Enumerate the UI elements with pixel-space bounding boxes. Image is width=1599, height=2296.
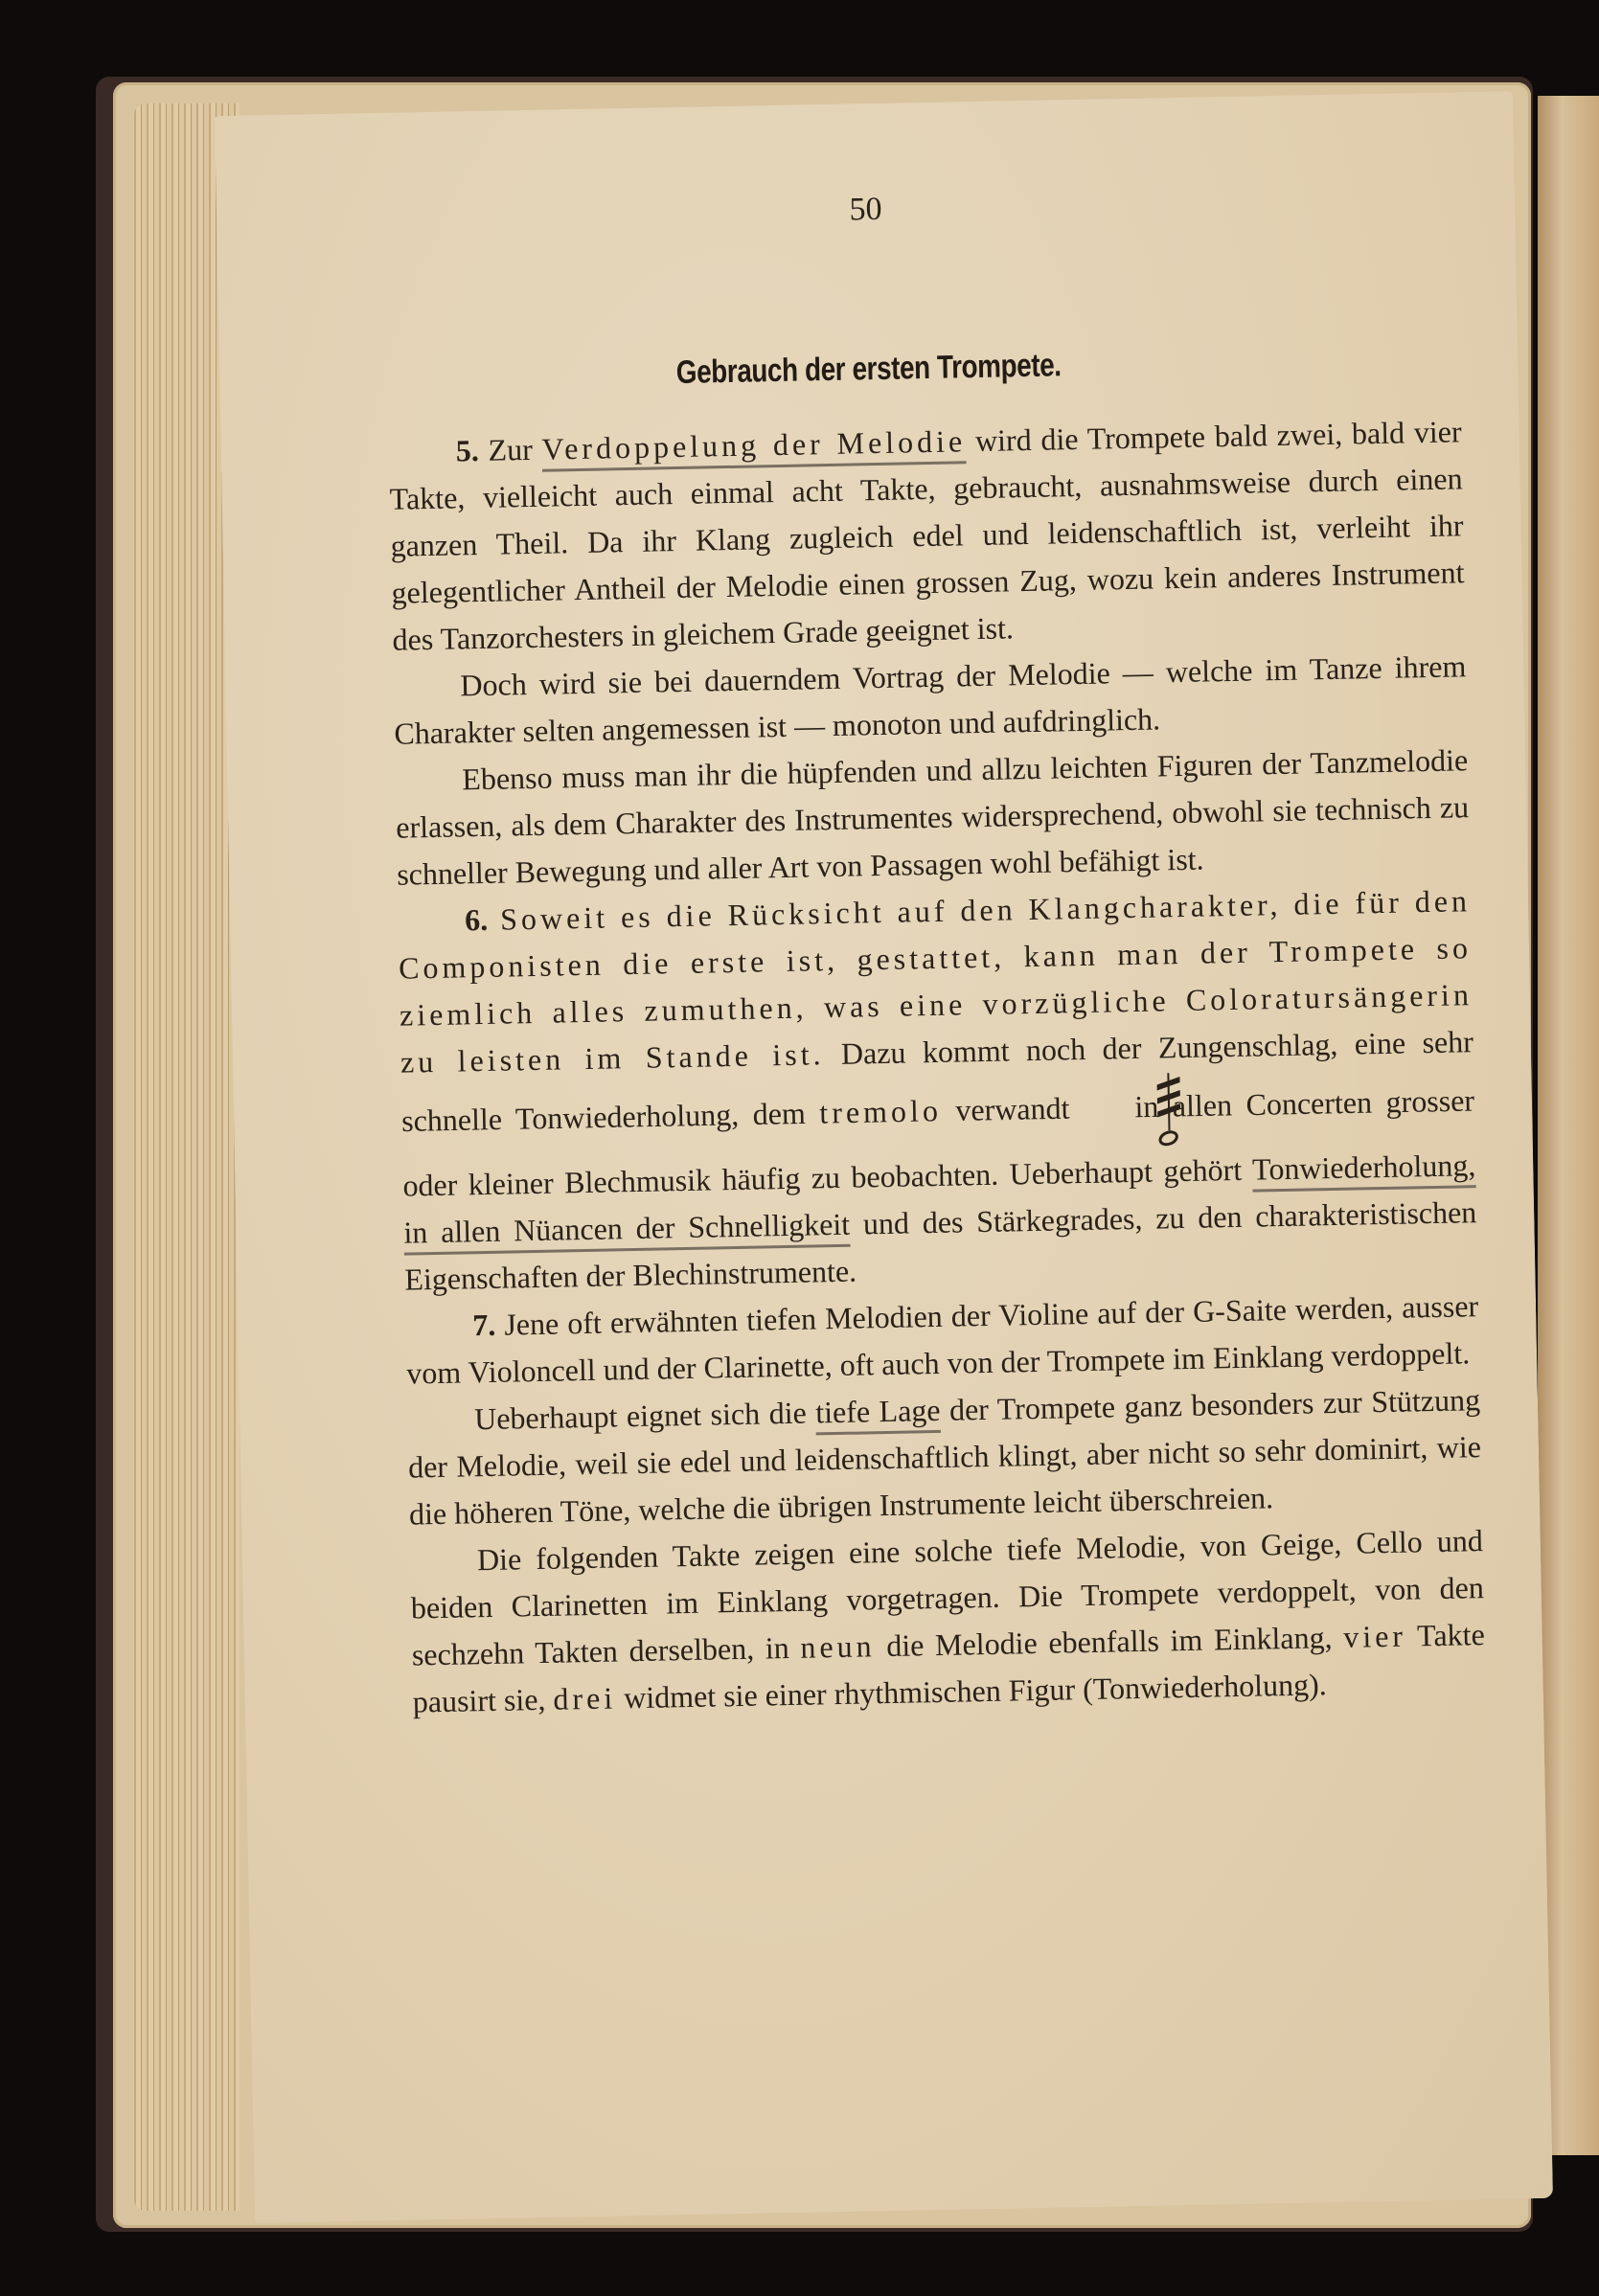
paragraph-7c: Die folgenden Takte zeigen eine solche t… <box>410 1517 1487 1725</box>
text: vier <box>1343 1619 1406 1654</box>
book-page: 50 Gebrauch der ersten Trompete. 5. Zur … <box>215 91 1553 2223</box>
paragraph-6: 6. Soweit es die Rücksicht auf den Klang… <box>398 877 1478 1303</box>
text: drei <box>553 1680 616 1716</box>
pencil-underline: Verdoppelung der Melodie <box>541 423 966 466</box>
text: tremolo <box>819 1093 942 1129</box>
pencil-underline: tiefe Lage <box>815 1393 941 1429</box>
text: Ueberhaupt eignet sich die <box>474 1395 816 1436</box>
text: Jene oft erwähnten tiefen Melodien der V… <box>406 1288 1479 1390</box>
text: verwandt <box>942 1091 1070 1128</box>
paragraph-7b: Ueberhaupt eignet sich die tiefe Lage de… <box>407 1376 1483 1537</box>
paragraph-5: 5. Zur Verdoppelung der Melodie wird die… <box>388 408 1465 663</box>
text: widmet sie einer rhythmischen Figur (Ton… <box>616 1667 1327 1715</box>
paragraph-number: 5. <box>455 433 479 467</box>
paragraph-5c: Ebenso muss man ihr die hüpfenden und al… <box>395 737 1471 898</box>
text: neun <box>800 1628 876 1664</box>
tremolo-note-icon <box>1085 1072 1121 1149</box>
page-edge-right <box>1538 96 1599 2155</box>
paragraph-number: 7. <box>472 1307 496 1342</box>
text: Zur <box>478 432 542 467</box>
body-text: 5. Zur Verdoppelung der Melodie wird die… <box>388 408 1486 1725</box>
paragraph-number: 6. <box>465 902 489 937</box>
text: die Melodie ebenfalls im Einklang, <box>875 1620 1343 1663</box>
page-number: 50 <box>217 179 1515 240</box>
section-title: Gebrauch der ersten Trompete. <box>336 340 1402 398</box>
